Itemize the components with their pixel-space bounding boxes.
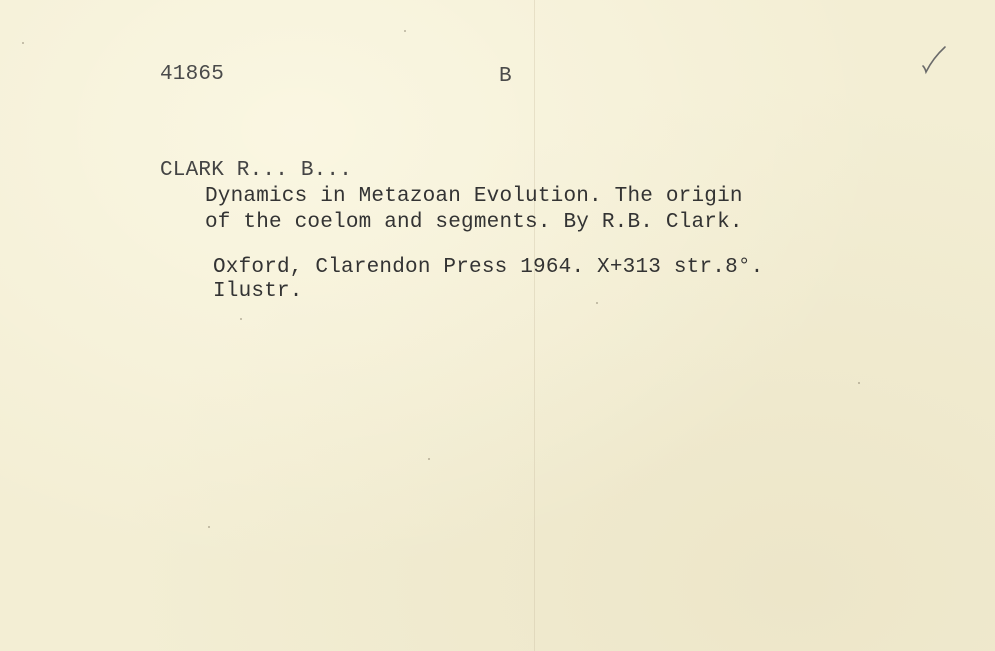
paper-speck xyxy=(596,302,598,304)
title-line-1: Dynamics in Metazoan Evolution. The orig… xyxy=(205,183,743,211)
paper-speck xyxy=(22,42,24,44)
title-line-2: of the coelom and segments. By R.B. Clar… xyxy=(205,209,743,237)
paper-speck xyxy=(428,458,430,460)
check-mark-icon xyxy=(918,44,948,76)
paper-speck xyxy=(240,318,242,320)
paper-speck xyxy=(208,526,210,528)
paper-speck xyxy=(404,30,406,32)
author-heading: CLARK R... B... xyxy=(160,157,352,185)
section-letter: B xyxy=(499,63,512,91)
call-number: 41865 xyxy=(160,61,224,89)
publication-line-2: Ilustr. xyxy=(213,278,303,306)
catalog-card: 41865 B CLARK R... B... Dynamics in Meta… xyxy=(0,0,995,651)
card-fold-line xyxy=(534,0,535,651)
paper-speck xyxy=(858,382,860,384)
